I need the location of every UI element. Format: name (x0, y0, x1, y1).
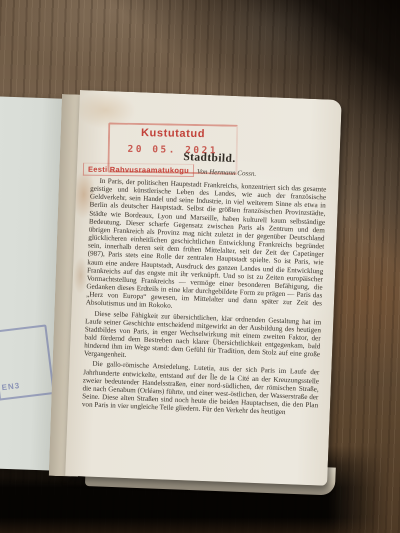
author-byline: Von Hermann Cossn. (197, 168, 327, 181)
blue-stamp-text: EN3 (1, 381, 21, 392)
paragraph-2: Diese selbe Fähigkeit zur übersichtliche… (84, 309, 322, 367)
printed-book-page: Kustutatud 20 05. 2021 Stadtbild. Eesti … (65, 90, 342, 486)
library-name-stamp: Eesti Rahvusraamatukogu (83, 163, 194, 177)
kustutatud-stamp-label: Kustutatud (110, 127, 236, 141)
blue-library-stamp: EN3 (0, 324, 55, 400)
photo-of-book-on-table: { "stamps": { "kustutatud": { "label": "… (0, 0, 400, 533)
paragraph-1: In Paris, der politischen Hauptstadt Fra… (86, 176, 327, 315)
body-text: In Paris, der politischen Hauptstadt Fra… (79, 176, 326, 477)
paragraph-3: Die gallo-römische Ansiedelung, Lutetia,… (82, 360, 320, 418)
